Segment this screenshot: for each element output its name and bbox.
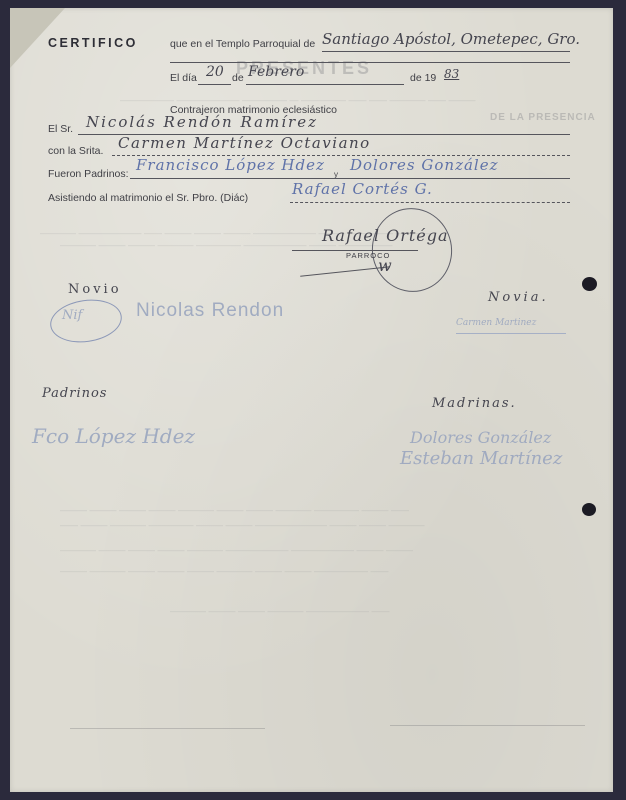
bleed-through-line — [390, 725, 585, 726]
groom-signature: Nicolas Rendon — [136, 300, 284, 322]
godparent-2-value: Dolores González — [350, 156, 499, 174]
groom-heading: Novio — [68, 282, 122, 297]
godparents-underline — [130, 178, 570, 179]
month-label: de — [232, 72, 244, 84]
bride-signature-underline — [456, 333, 566, 334]
groom-label: El Sr. — [48, 123, 73, 135]
day-underline — [198, 84, 231, 85]
bleed-through-text: ———— ——— ——— ——— ———— ——————— ——————— ——… — [60, 545, 413, 555]
priest-value: Rafael Cortés G. — [292, 180, 433, 198]
parish-intro-label: que en el Templo Parroquial de — [170, 38, 315, 50]
bride-label: con la Srita. — [48, 145, 103, 157]
punch-hole — [582, 503, 596, 516]
godmother-signature-2: Esteban Martínez — [400, 448, 562, 469]
year-label: de 19 — [410, 72, 436, 84]
bride-value: Carmen Martínez Octaviano — [118, 134, 371, 152]
godparents-label: Fueron Padrinos: — [48, 168, 129, 180]
godmothers-heading: Madrinas. — [432, 396, 517, 411]
priest-signature: Rafael Ortéga — [322, 226, 449, 245]
bleed-through-text: ———— ——— ——— ———— ——————— —— — [170, 606, 390, 616]
parish-value: Santiago Apóstol, Ometepec, Gro. — [322, 30, 580, 48]
priest-underline — [290, 202, 570, 203]
godfather-signature: Fco López Hdez — [32, 424, 195, 448]
godparent-1-value: Francisco López Hdez — [136, 156, 325, 174]
bleed-through-heading-2: DE LA PRESENCIA — [490, 112, 596, 123]
parish-line-2 — [170, 62, 570, 63]
groom-value: Nicolás Rendón Ramírez — [86, 113, 318, 131]
certifico-heading: CERTIFICO — [48, 36, 138, 50]
bleed-through-text: —— ——— ———— ————— ——— ——— ———————— ——— —… — [60, 520, 425, 530]
bleed-through-text: ——— ——— ——— ——— ———— ——— ——— ———— ————— … — [60, 505, 409, 515]
godmother-signature-1: Dolores González — [410, 428, 551, 447]
bride-heading: Novia. — [488, 290, 549, 305]
bride-signature: Carmen Martinez — [456, 318, 536, 328]
groom-initial: Nif — [62, 308, 82, 323]
signature-initial: w — [378, 256, 392, 275]
bleed-through-line — [70, 728, 265, 729]
parish-underline — [322, 51, 570, 52]
day-value: 20 — [206, 64, 224, 80]
punch-hole — [582, 277, 597, 291]
month-underline — [246, 84, 404, 85]
year-value: 83 — [444, 67, 459, 81]
bleed-through-text: ——— ———— ——— ——— ——— ———— ——— ——— ——————… — [60, 566, 389, 576]
month-value: Febrero — [248, 64, 304, 80]
day-label: El día — [170, 72, 197, 84]
priest-label: Asistiendo al matrimonio el Sr. Pbro. (D… — [48, 192, 248, 204]
godfathers-heading: Padrinos — [42, 386, 107, 401]
